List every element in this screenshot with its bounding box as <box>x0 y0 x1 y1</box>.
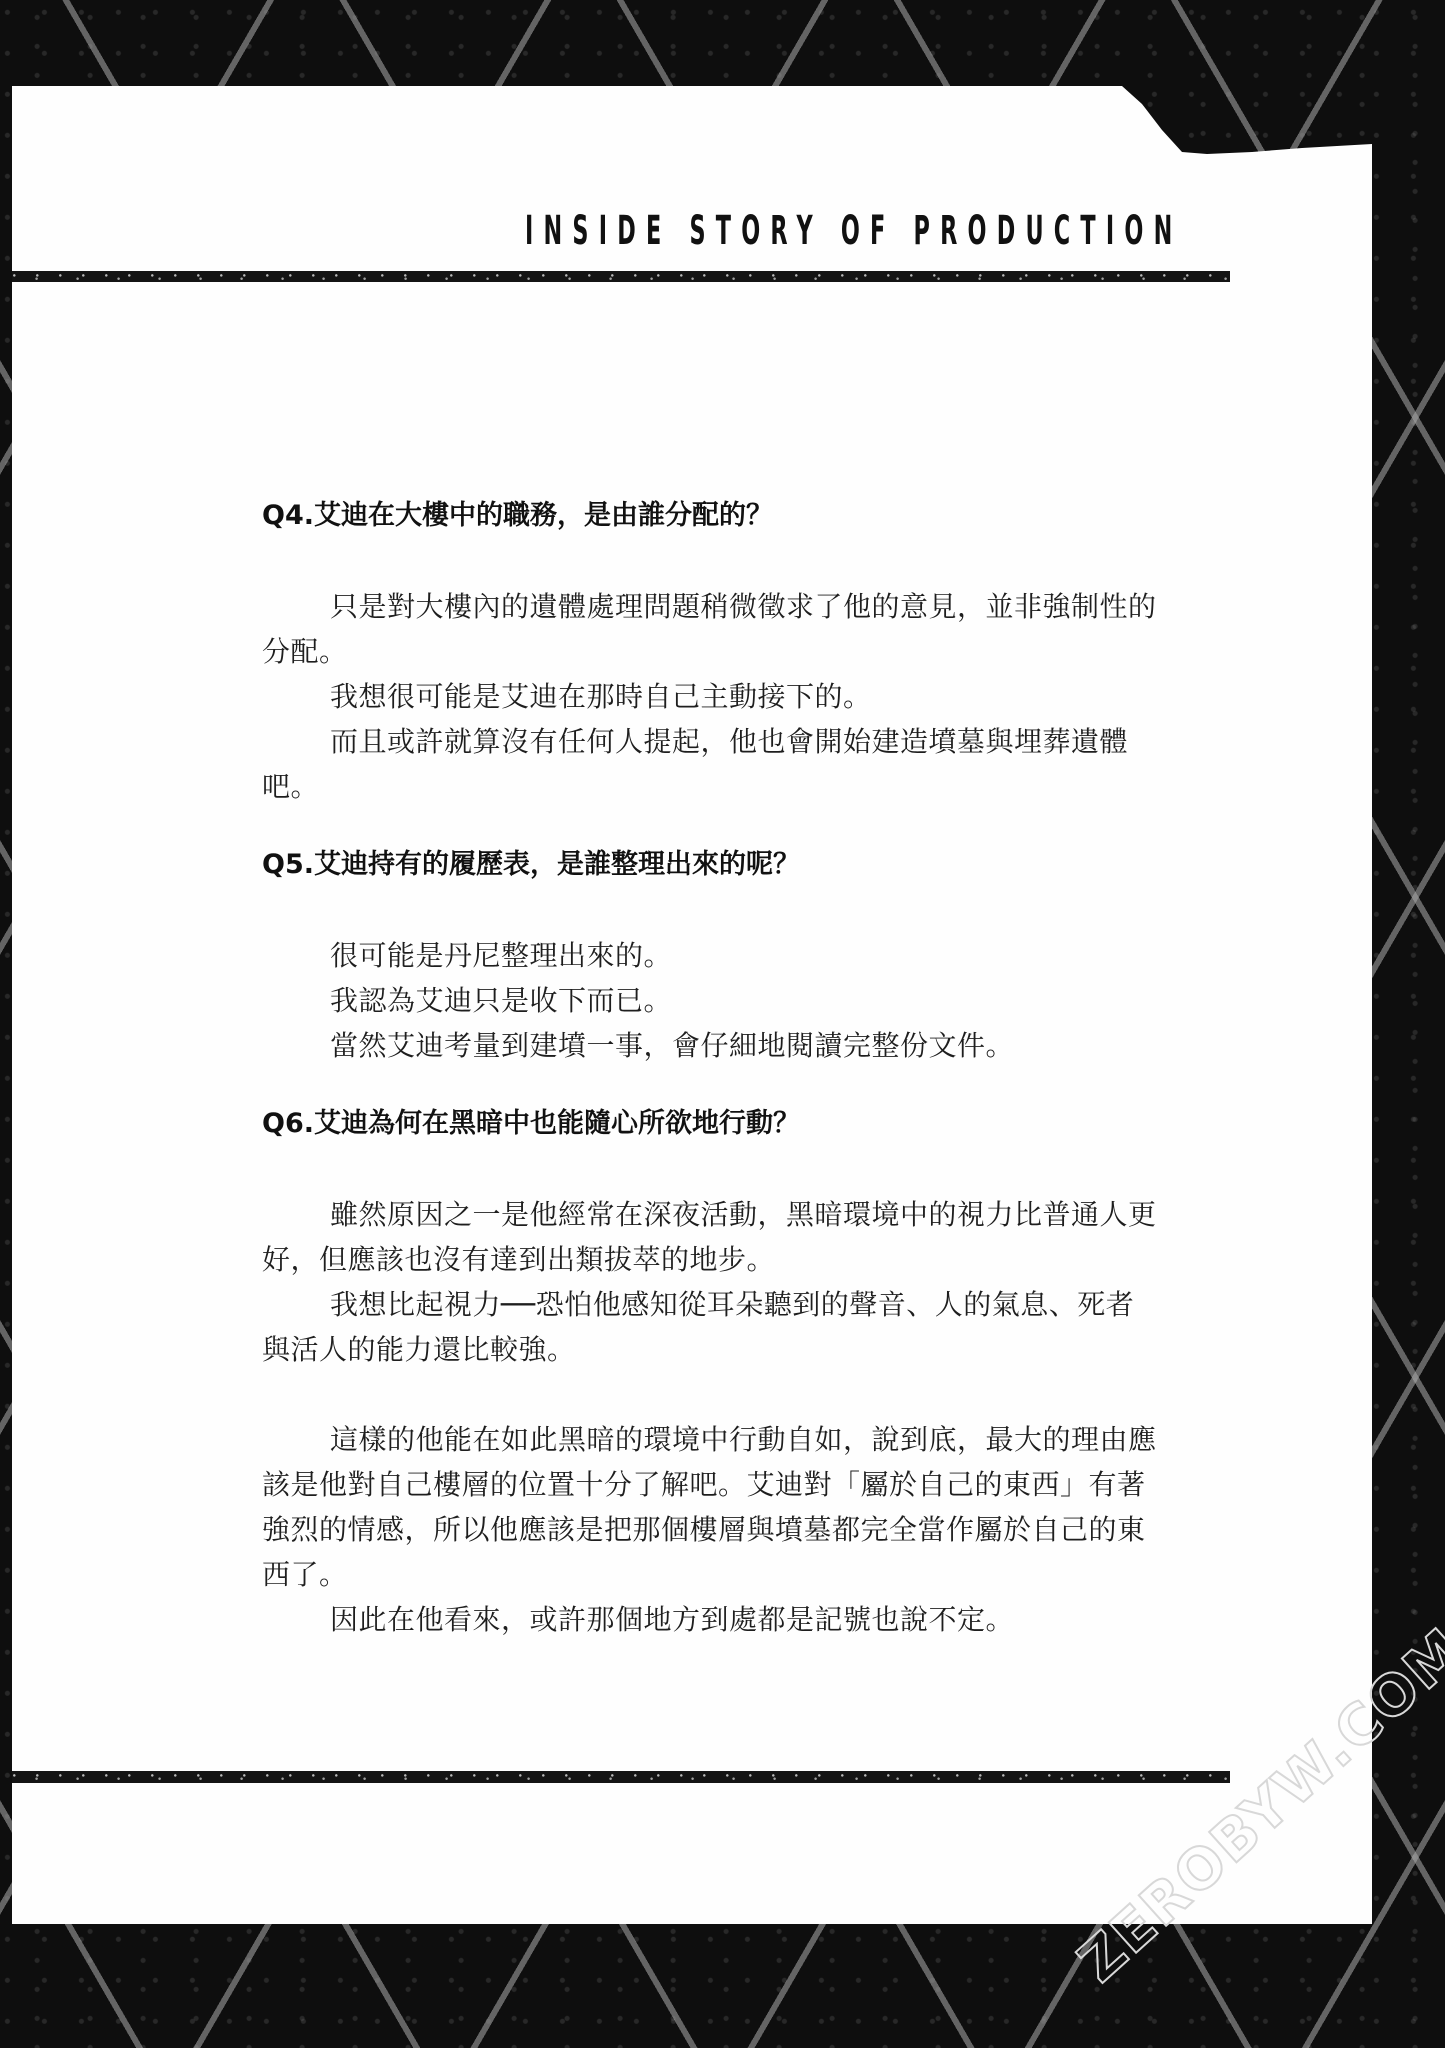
answer-paragraph: 當然艾迪考量到建墳一事，會仔細地閱讀完整份文件。 <box>262 1023 1162 1068</box>
answer-paragraph: 很可能是丹尼整理出來的。 <box>262 933 1162 978</box>
header-divider <box>12 271 1230 282</box>
answer-paragraph: 雖然原因之一是他經常在深夜活動，黑暗環境中的視力比普通人更好，但應該也沒有達到出… <box>262 1192 1162 1282</box>
answer-paragraph: 因此在他看來，或許那個地方到處都是記號也說不定。 <box>262 1597 1162 1642</box>
answer-paragraph: 我想很可能是艾迪在那時自己主動接下的。 <box>262 674 1162 719</box>
page-header-title: INSIDE STORY OF PRODUCTION <box>525 208 962 254</box>
answer-paragraph: 我認為艾迪只是收下而已。 <box>262 978 1162 1023</box>
answer-paragraph: 而且或許就算沒有任何人提起，他也會開始建造墳墓與埋葬遺體吧。 <box>262 719 1162 809</box>
qa-content: Q4.艾迪在大樓中的職務，是由誰分配的？ 只是對大樓內的遺體處理問題稍微徵求了他… <box>262 496 1162 1642</box>
answer-paragraph: 這樣的他能在如此黑暗的環境中行動自如，說到底，最大的理由應該是他對自己樓層的位置… <box>262 1417 1162 1597</box>
qa-section-q4: Q4.艾迪在大樓中的職務，是由誰分配的？ 只是對大樓內的遺體處理問題稍微徵求了他… <box>262 496 1162 809</box>
question-heading: Q4.艾迪在大樓中的職務，是由誰分配的？ <box>262 496 1162 536</box>
answer-paragraph: 我想比起視力──恐怕他感知從耳朵聽到的聲音、人的氣息、死者與活人的能力還比較強。 <box>262 1282 1162 1372</box>
qa-section-q5: Q5.艾迪持有的履歷表，是誰整理出來的呢？ 很可能是丹尼整理出來的。 我認為艾迪… <box>262 845 1162 1068</box>
question-heading: Q6.艾迪為何在黑暗中也能隨心所欲地行動？ <box>262 1104 1162 1144</box>
footer-divider <box>12 1771 1230 1783</box>
answer-paragraph: 只是對大樓內的遺體處理問題稍微徵求了他的意見，並非強制性的分配。 <box>262 584 1162 674</box>
question-heading: Q5.艾迪持有的履歷表，是誰整理出來的呢？ <box>262 845 1162 885</box>
qa-section-q6: Q6.艾迪為何在黑暗中也能隨心所欲地行動？ 雖然原因之一是他經常在深夜活動，黑暗… <box>262 1104 1162 1642</box>
